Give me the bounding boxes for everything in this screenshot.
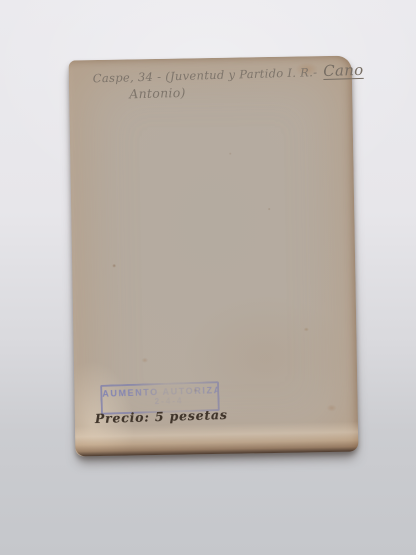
- photo-background: Caspe, 34 - (Juventud y Partido I. R.- C…: [0, 0, 416, 555]
- book-back-cover: Caspe, 34 - (Juventud y Partido I. R.- C…: [69, 56, 359, 457]
- handwritten-underlined-name: Cano: [323, 61, 364, 80]
- handwritten-note: Caspe, 34 - (Juventud y Partido I. R.- C…: [93, 61, 350, 103]
- stamp-numbers: 2-4-4: [120, 395, 217, 407]
